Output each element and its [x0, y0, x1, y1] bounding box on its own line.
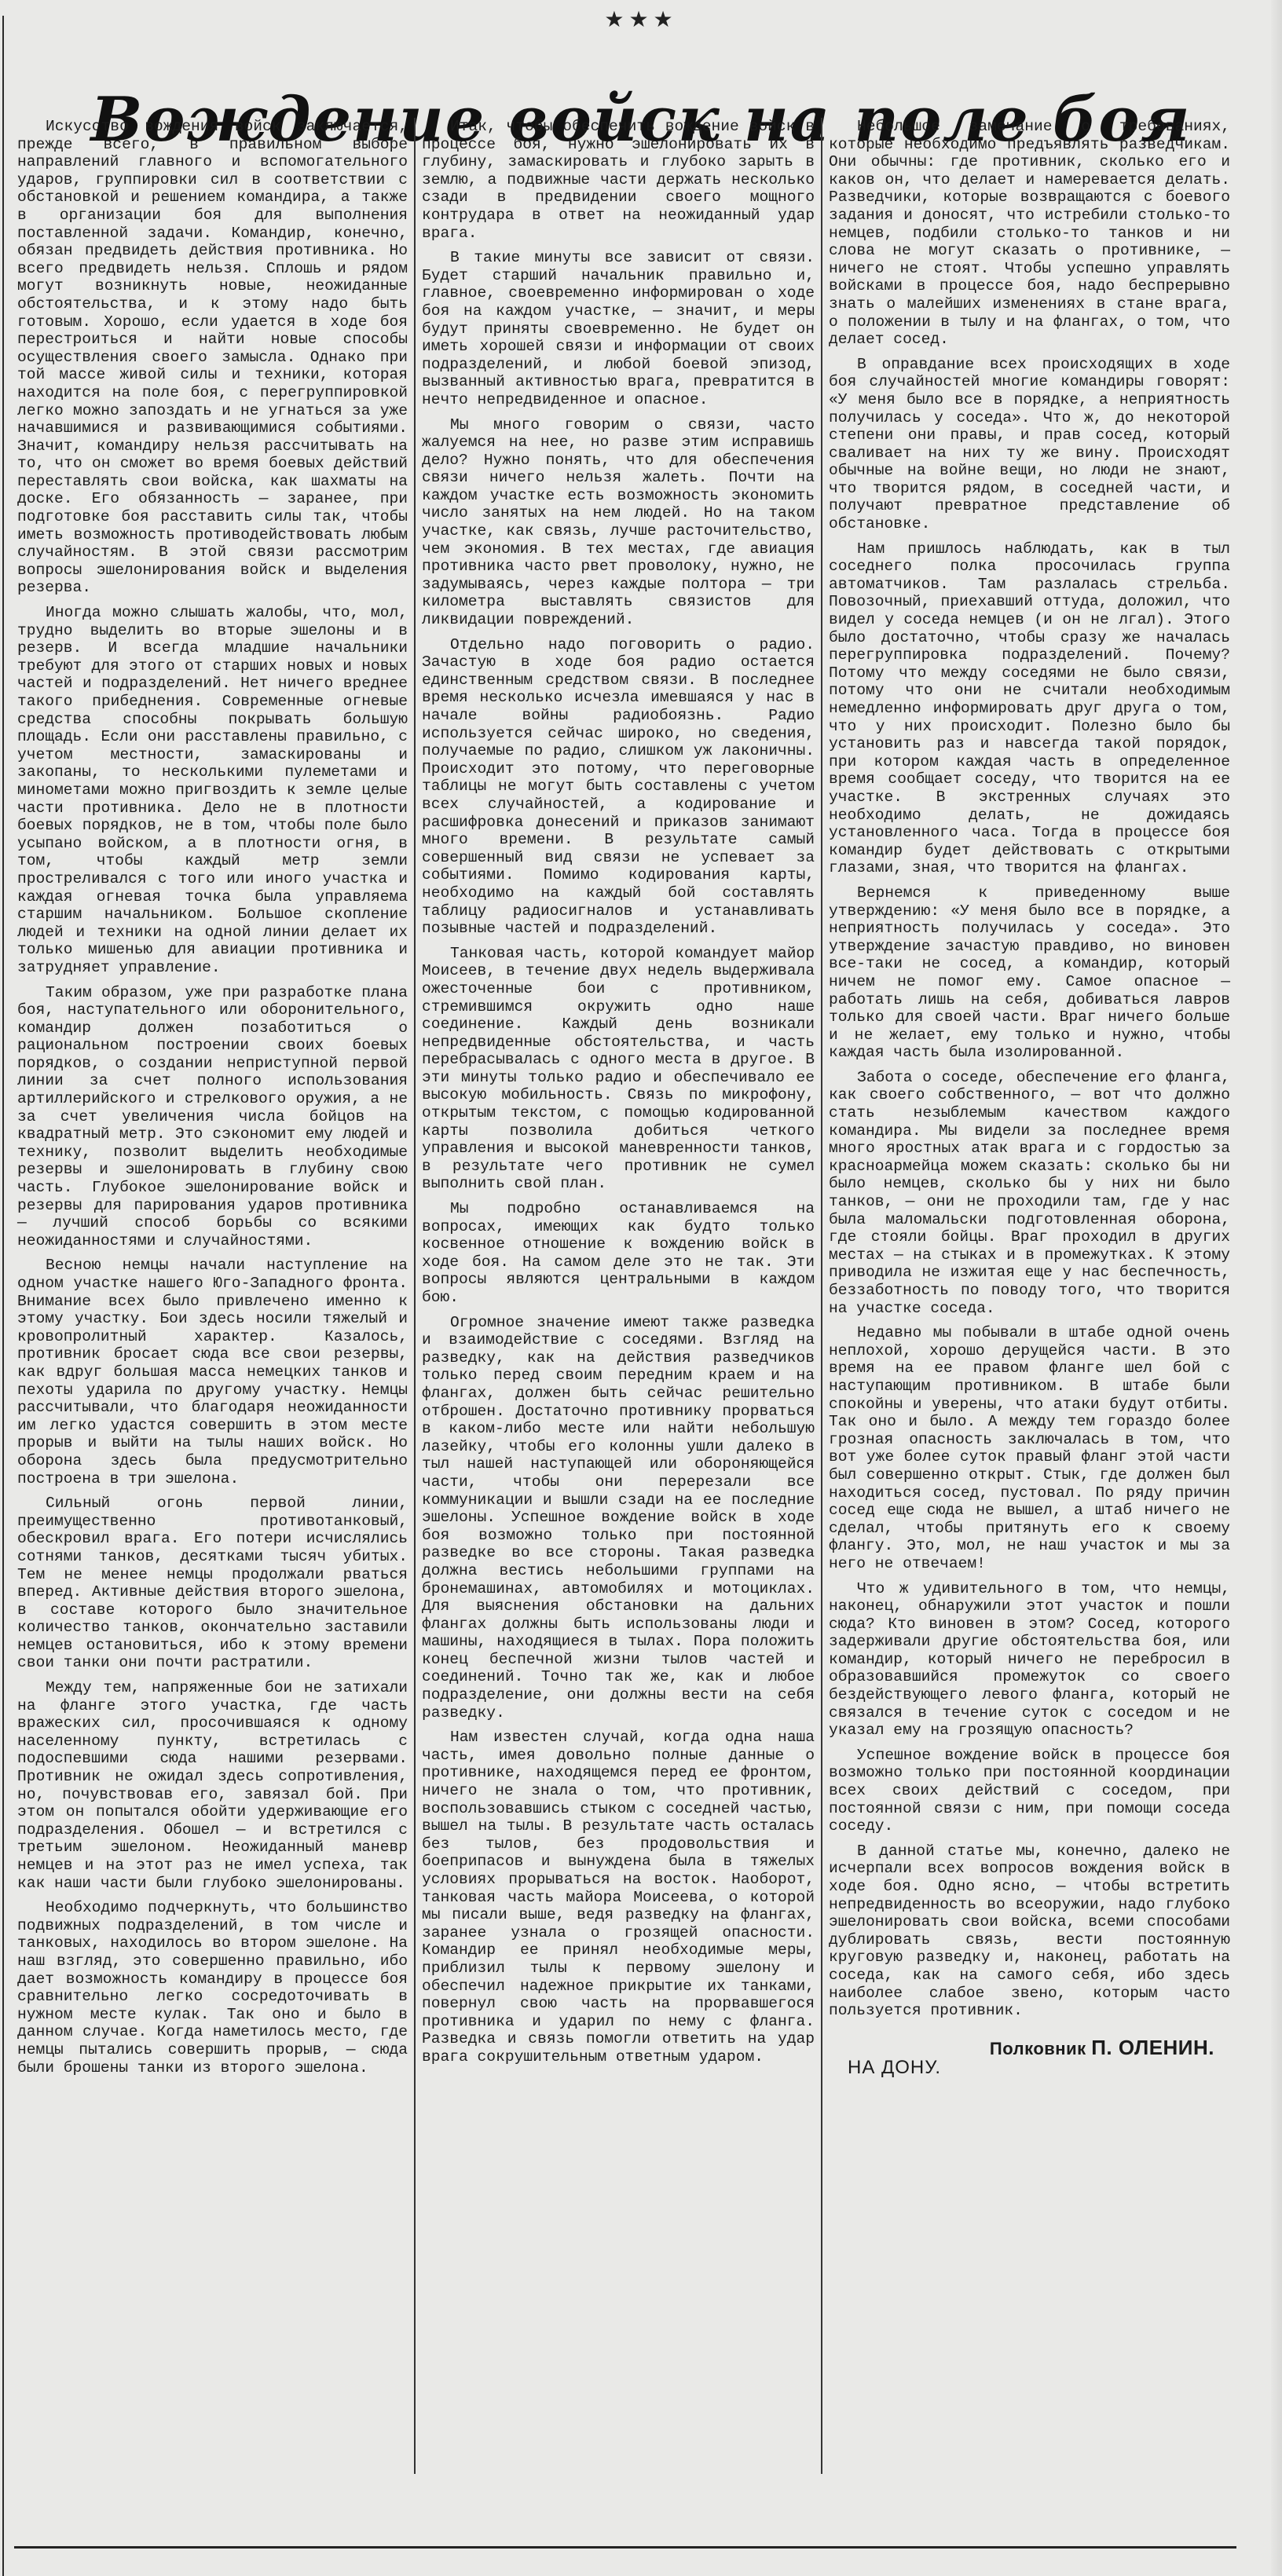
paragraph: В данной статье мы, конечно, далеко не и…: [829, 1842, 1230, 2020]
page-edge-shadow: [1271, 0, 1282, 2576]
paragraph: Успешное вождение войск в процессе боя в…: [829, 1747, 1230, 1835]
paragraph: В оправдание всех происходящих в ходе бо…: [829, 356, 1230, 533]
dateline-place: НА ДОНУ.: [848, 2059, 941, 2077]
paragraph: Нам известен случай, когда одна наша час…: [422, 1729, 815, 2066]
paragraph: Забота о соседе, обеспечение его фланга,…: [829, 1069, 1230, 1317]
bottom-divider-rule: [14, 2546, 1236, 2549]
paragraph: Итак, чтобы обеспечить вождение войск в …: [422, 118, 815, 242]
article-columns: Искусство вождения войск заключается, пр…: [11, 118, 1236, 2474]
paragraph: Необходимо подчеркнуть, что большинство …: [17, 1899, 408, 2077]
paragraph: Мы подробно останавливаемся на вопросах,…: [422, 1200, 815, 1307]
paragraph: Между тем, напряженные бои не затихали н…: [17, 1679, 408, 1892]
article-column-2: Итак, чтобы обеспечить вождение войск в …: [416, 118, 822, 2474]
paragraph: Танковая часть, которой командует майор …: [422, 945, 815, 1193]
section-stars-ornament: ★★★: [0, 6, 1282, 32]
paragraph: Что ж удивительного в том, что немцы, на…: [829, 1580, 1230, 1740]
paragraph: Сильный огонь первой линии, преимуществе…: [17, 1495, 408, 1672]
paragraph: Нам пришлось наблюдать, как в тыл соседн…: [829, 540, 1230, 877]
author-rank: Полковник: [990, 2039, 1086, 2058]
paragraph: Отдельно надо поговорить о радио. Зачаст…: [422, 636, 815, 938]
paragraph: Недавно мы побывали в штабе одной очень …: [829, 1324, 1230, 1572]
paragraph: Вернемся к приведенному выше утверждению…: [829, 884, 1230, 1062]
paragraph: Мы много говорим о связи, часто жалуемся…: [422, 416, 815, 629]
author-byline: Полковник П. ОЛЕНИН.: [990, 2039, 1214, 2058]
paragraph: Огромное значение имеют также разведка и…: [422, 1314, 815, 1722]
article-signature: Полковник П. ОЛЕНИН. НА ДОНУ.: [829, 2039, 1230, 2094]
paragraph: Таким образом, уже при разработке плана …: [17, 984, 408, 1250]
paragraph: Иногда можно слышать жалобы, что, мол, т…: [17, 604, 408, 976]
paragraph: Искусство вождения войск заключается, пр…: [17, 118, 408, 597]
article-column-3: Небольшое замечание о требованиях, котор…: [822, 118, 1236, 2474]
paragraph: В такие минуты все зависит от связи. Буд…: [422, 249, 815, 408]
author-name: П. ОЛЕНИН.: [1091, 2036, 1214, 2059]
page-left-border: [2, 16, 4, 2576]
paragraph: Небольшое замечание о требованиях, котор…: [829, 118, 1230, 349]
paragraph: Весною немцы начали наступление на одном…: [17, 1257, 408, 1487]
article-column-1: Искусство вождения войск заключается, пр…: [11, 118, 416, 2474]
